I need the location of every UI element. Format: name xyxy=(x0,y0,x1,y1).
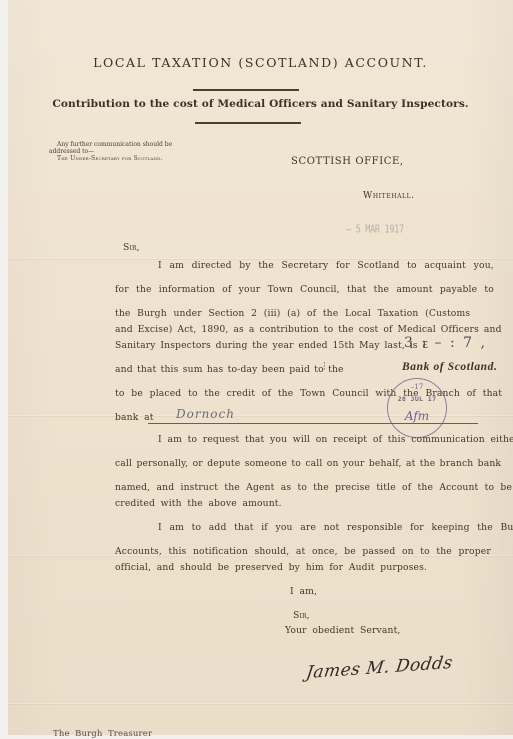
sender-office: SCOTTISH OFFICE, xyxy=(291,156,404,167)
closing-line: Sir, xyxy=(293,610,310,621)
recipient-partial: The Burgh Treasurer xyxy=(53,729,152,735)
bank-name: Bank of Scotland. xyxy=(402,361,498,373)
paragraph3-line: official, and should be preserved by him… xyxy=(115,562,427,573)
paragraph3-line: Accounts, this notification should, at o… xyxy=(115,546,491,557)
salutation: Sir, xyxy=(123,242,140,253)
closing-line: I am, xyxy=(290,586,317,597)
paragraph2-line: named, and instruct the Agent as to the … xyxy=(115,482,512,493)
sender-location: Whitehall. xyxy=(363,191,415,201)
paragraph3-line: I am to add that if you are not responsi… xyxy=(158,522,513,533)
paragraph1-line: and Excise) Act, 1890, as a contribution… xyxy=(115,324,502,335)
paragraph1-line: bank at xyxy=(115,412,154,423)
paragraph1-line: Sanitary Inspectors during the year ende… xyxy=(115,340,428,351)
paragraph1-line: and that this sum has to-day been paid t… xyxy=(115,364,344,375)
title-divider xyxy=(193,89,299,91)
signature: James M. Dodds xyxy=(305,653,454,683)
document-subtitle: Contribution to the cost of Medical Offi… xyxy=(8,98,513,110)
stamp-top: –17 xyxy=(388,383,446,391)
subtitle-divider xyxy=(195,122,301,124)
stamp-date: 28 JUL 17 xyxy=(388,395,446,403)
document-title: LOCAL TAXATION (SCOTLAND) ACCOUNT. xyxy=(8,55,513,70)
paragraph1-line: I am directed by the Secretary for Scotl… xyxy=(158,260,494,271)
address-note: Any further communication should be addr… xyxy=(49,141,172,162)
amount-handwritten: 3 : – : 7 , xyxy=(404,335,487,351)
fold-line xyxy=(8,703,513,705)
address-note-line: addressed to— xyxy=(49,148,172,155)
closing-line: Your obedient Servant, xyxy=(285,625,400,636)
paragraph2-line: call personally, or depute someone to ca… xyxy=(115,458,501,469)
address-recipient: The Under-Secretary for Scotland. xyxy=(49,155,172,162)
paragraph1-line: the Burgh under Section 2 (iii) (a) of t… xyxy=(115,308,470,319)
bank-receipt-stamp: –17 28 JUL 17 Afm xyxy=(387,378,447,438)
address-note-line: Any further communication should be xyxy=(49,141,172,148)
date-stamp: – 5 MAR 1917 xyxy=(346,224,404,236)
branch-handwritten: Dornoch xyxy=(176,407,235,421)
paragraph2-line: I am to request that you will on receipt… xyxy=(158,434,513,445)
letter-page: LOCAL TAXATION (SCOTLAND) ACCOUNT. Contr… xyxy=(8,0,513,735)
paragraph2-line: credited with the above amount. xyxy=(115,498,282,509)
paragraph1-line: for the information of your Town Council… xyxy=(115,284,494,295)
dotted-marker: ··· xyxy=(323,363,326,372)
stamp-initials: Afm xyxy=(388,409,446,423)
